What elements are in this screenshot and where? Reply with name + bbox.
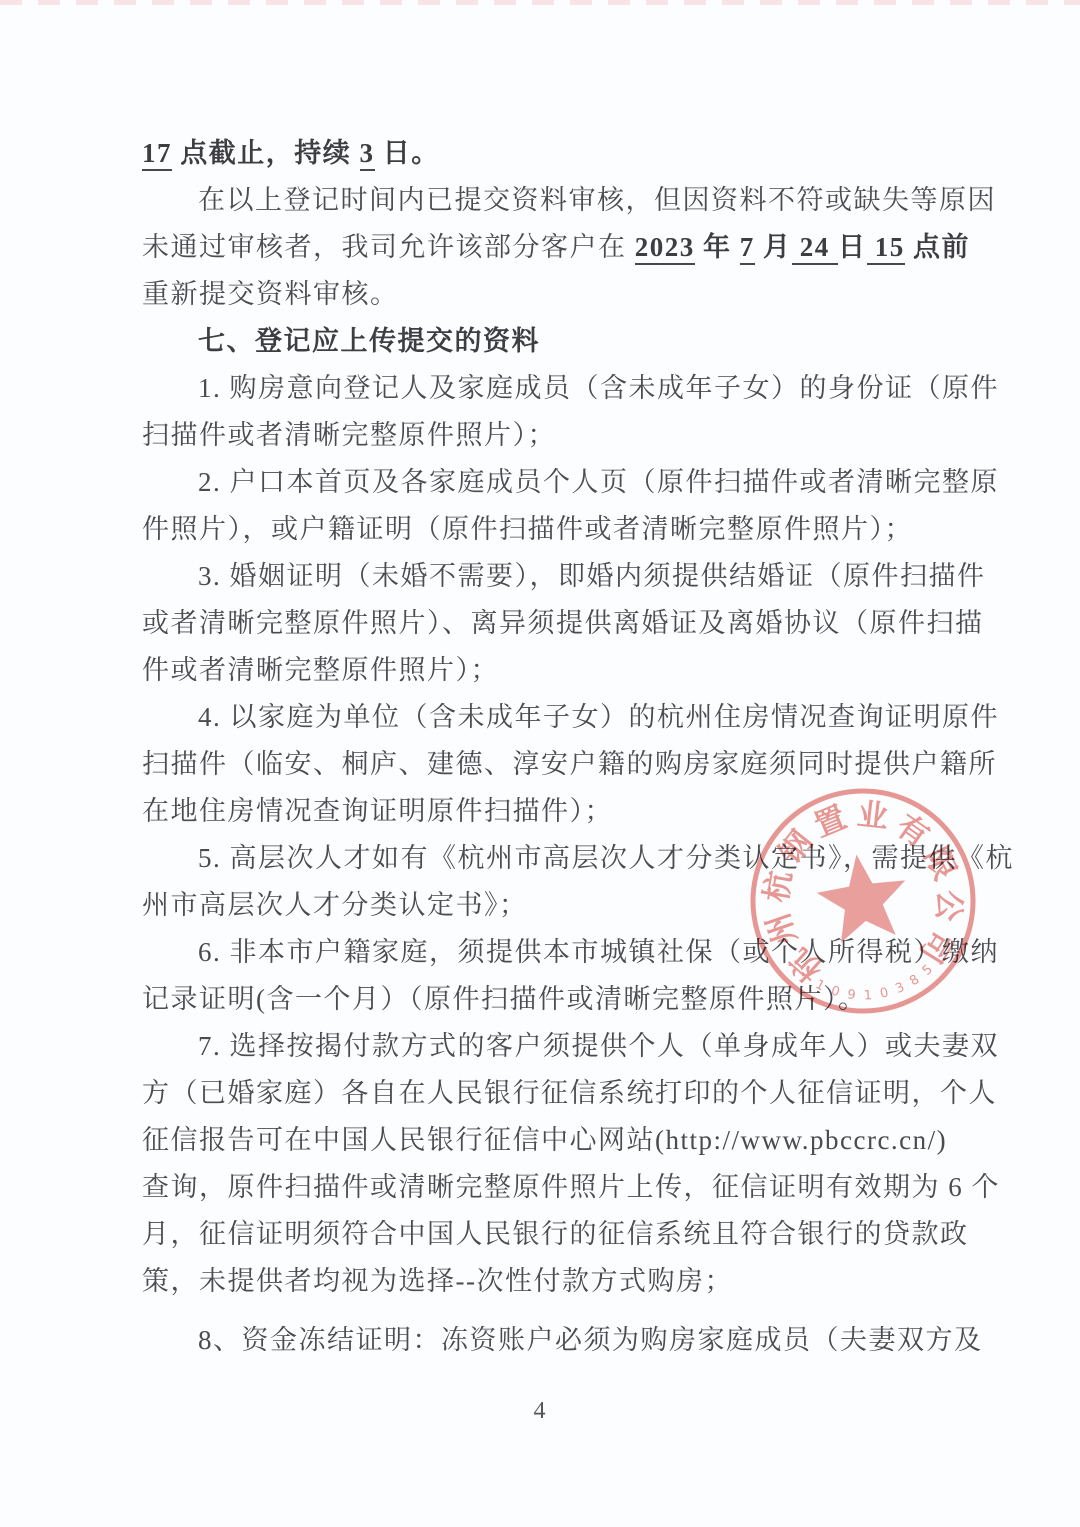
text-segment: 7. 选择按揭付款方式的客户须提供个人（单身成年人）或夫妻双 [198, 1031, 999, 1061]
seal-serial-digit: 9 [846, 987, 856, 1003]
text-segment: 未通过审核者，我司允许该部分客户在 [142, 232, 635, 262]
seal-company-char: 限 [918, 842, 963, 885]
seal-serial-digit: 3 [893, 980, 906, 997]
seal-company-char: 州 [760, 909, 803, 950]
text-segment: 日 [838, 232, 867, 262]
text-line: 在以上登记时间内已提交资料审核，但因资料不符或缺失等原因 [142, 178, 942, 225]
text-line: 2. 户口本首页及各家庭成员个人页（原件扫描件或者清晰完整原 [142, 460, 942, 507]
seal-serial-digit: 1 [813, 977, 827, 994]
scan-artifact-top [0, 0, 1080, 5]
text-segment: 征信报告可在中国人民银行征信中心网站(http://www.pbccrc.cn/… [142, 1125, 947, 1155]
text-line: 扫描件（临安、桐庐、建德、淳安户籍的购房家庭须同时提供户籍所 [142, 742, 942, 789]
text-line: 查询，原件扫描件或清晰完整原件照片上传，征信证明有效期为 6 个 [142, 1165, 942, 1212]
text-segment: 扫描件（临安、桐庐、建德、淳安户籍的购房家庭须同时提供户籍所 [142, 749, 997, 779]
seal-company-char: 杭 [758, 868, 798, 904]
text-segment: 1. 购房意向登记人及家庭成员（含未成年子女）的身份证（原件 [198, 373, 999, 403]
text-segment: 3 [360, 138, 375, 171]
text-segment: 日。 [375, 138, 440, 168]
text-line: 扫描件或者清晰完整原件照片）； [142, 413, 942, 460]
text-segment: 15 [867, 232, 905, 265]
text-segment: 点前 [905, 232, 970, 262]
document-body: 17 点截止，持续 3 日。在以上登记时间内已提交资料审核，但因资料不符或缺失等… [142, 131, 942, 1365]
text-segment: 或者清晰完整原件照片）、离异须提供离婚证及离婚协议（原件扫描 [142, 608, 984, 638]
text-line: 件照片），或户籍证明（原件扫描件或者清晰完整原件照片）； [142, 507, 942, 554]
page-number: 4 [0, 1398, 1080, 1425]
text-segment: 月，征信证明须符合中国人民银行的征信系统且符合银行的贷款政 [142, 1219, 969, 1249]
company-seal-stamp: 杭州杭钢置业有限公司10910385 [727, 765, 998, 1036]
text-segment: 8、资金冻结证明：冻资账户必须为购房家庭成员（夫妻双方及 [198, 1325, 983, 1355]
text-segment: 月 [755, 232, 792, 262]
text-segment: 24 [792, 232, 839, 265]
text-segment: 七、登记应上传提交的资料 [198, 326, 540, 356]
text-segment: 件照片），或户籍证明（原件扫描件或者清晰完整原件照片）； [142, 514, 913, 544]
text-line: 8、资金冻结证明：冻资账户必须为购房家庭成员（夫妻双方及 [142, 1318, 942, 1365]
text-line: 17 点截止，持续 3 日。 [142, 131, 942, 178]
text-line: 征信报告可在中国人民银行征信中心网站(http://www.pbccrc.cn/… [142, 1118, 942, 1165]
text-line: 未通过审核者，我司允许该部分客户在 2023 年 7 月 24 日 15 点前 [142, 225, 942, 272]
text-segment: 重新提交资料审核。 [142, 279, 399, 309]
text-segment: 州市高层次人才分类认定书》； [142, 890, 528, 920]
text-segment: 方（已婚家庭）各自在人民银行征信系统打印的个人征信证明，个人 [142, 1078, 997, 1108]
text-segment: 2. 户口本首页及各家庭成员个人页（原件扫描件或者清晰完整原 [198, 467, 999, 497]
seal-serial-digit: 0 [829, 983, 841, 1000]
seal-serial-digit: 1 [863, 988, 872, 1003]
seal-company-char: 公 [931, 889, 968, 922]
text-segment: 在以上登记时间内已提交资料审核，但因资料不符或缺失等原因 [198, 185, 996, 215]
seal-serial-digit: 0 [879, 985, 890, 1001]
text-line: 方（已婚家庭）各自在人民银行征信系统打印的个人征信证明，个人 [142, 1071, 942, 1118]
text-segment: 策，未提供者均视为选择--次性付款方式购房； [142, 1266, 733, 1296]
text-segment: 3. 婚姻证明（未婚不需要），即婚内须提供结婚证（原件扫描件 [198, 561, 986, 591]
text-segment: 点截止，持续 [172, 138, 360, 168]
text-segment: 2023 [635, 232, 695, 265]
text-segment: 扫描件或者清晰完整原件照片）； [142, 420, 556, 450]
text-line: 或者清晰完整原件照片）、离异须提供离婚证及离婚协议（原件扫描 [142, 601, 942, 648]
text-segment: 件或者清晰完整原件照片）； [142, 655, 499, 685]
text-line: 月，征信证明须符合中国人民银行的征信系统且符合银行的贷款政 [142, 1212, 942, 1259]
seal-company-char: 置 [809, 799, 851, 843]
seal-serial-digit: 5 [920, 962, 936, 979]
text-line: 重新提交资料审核。 [142, 272, 942, 319]
text-segment: 在地住房情况查询证明原件扫描件）； [142, 796, 613, 826]
seal-company-char: 业 [855, 796, 890, 834]
text-line: 策，未提供者均视为选择--次性付款方式购房； [142, 1259, 942, 1306]
text-segment: 7 [740, 232, 755, 265]
text-line: 4. 以家庭为单位（含未成年子女）的杭州住房情况查询证明原件 [142, 695, 942, 742]
seal-serial-digit: 8 [907, 972, 922, 989]
text-line: 件或者清晰完整原件照片）； [142, 648, 942, 695]
text-segment: 4. 以家庭为单位（含未成年子女）的杭州住房情况查询证明原件 [198, 702, 999, 732]
text-line: 七、登记应上传提交的资料 [142, 319, 942, 366]
text-segment: 年 [695, 232, 740, 262]
text-segment: 17 [142, 138, 172, 171]
text-line: 1. 购房意向登记人及家庭成员（含未成年子女）的身份证（原件 [142, 366, 942, 413]
text-line: 3. 婚姻证明（未婚不需要），即婚内须提供结婚证（原件扫描件 [142, 554, 942, 601]
text-line: 7. 选择按揭付款方式的客户须提供个人（单身成年人）或夫妻双 [142, 1024, 942, 1071]
text-segment: 查询，原件扫描件或清晰完整原件照片上传，征信证明有效期为 6 个 [142, 1172, 1000, 1202]
seal-star-icon [812, 848, 912, 945]
